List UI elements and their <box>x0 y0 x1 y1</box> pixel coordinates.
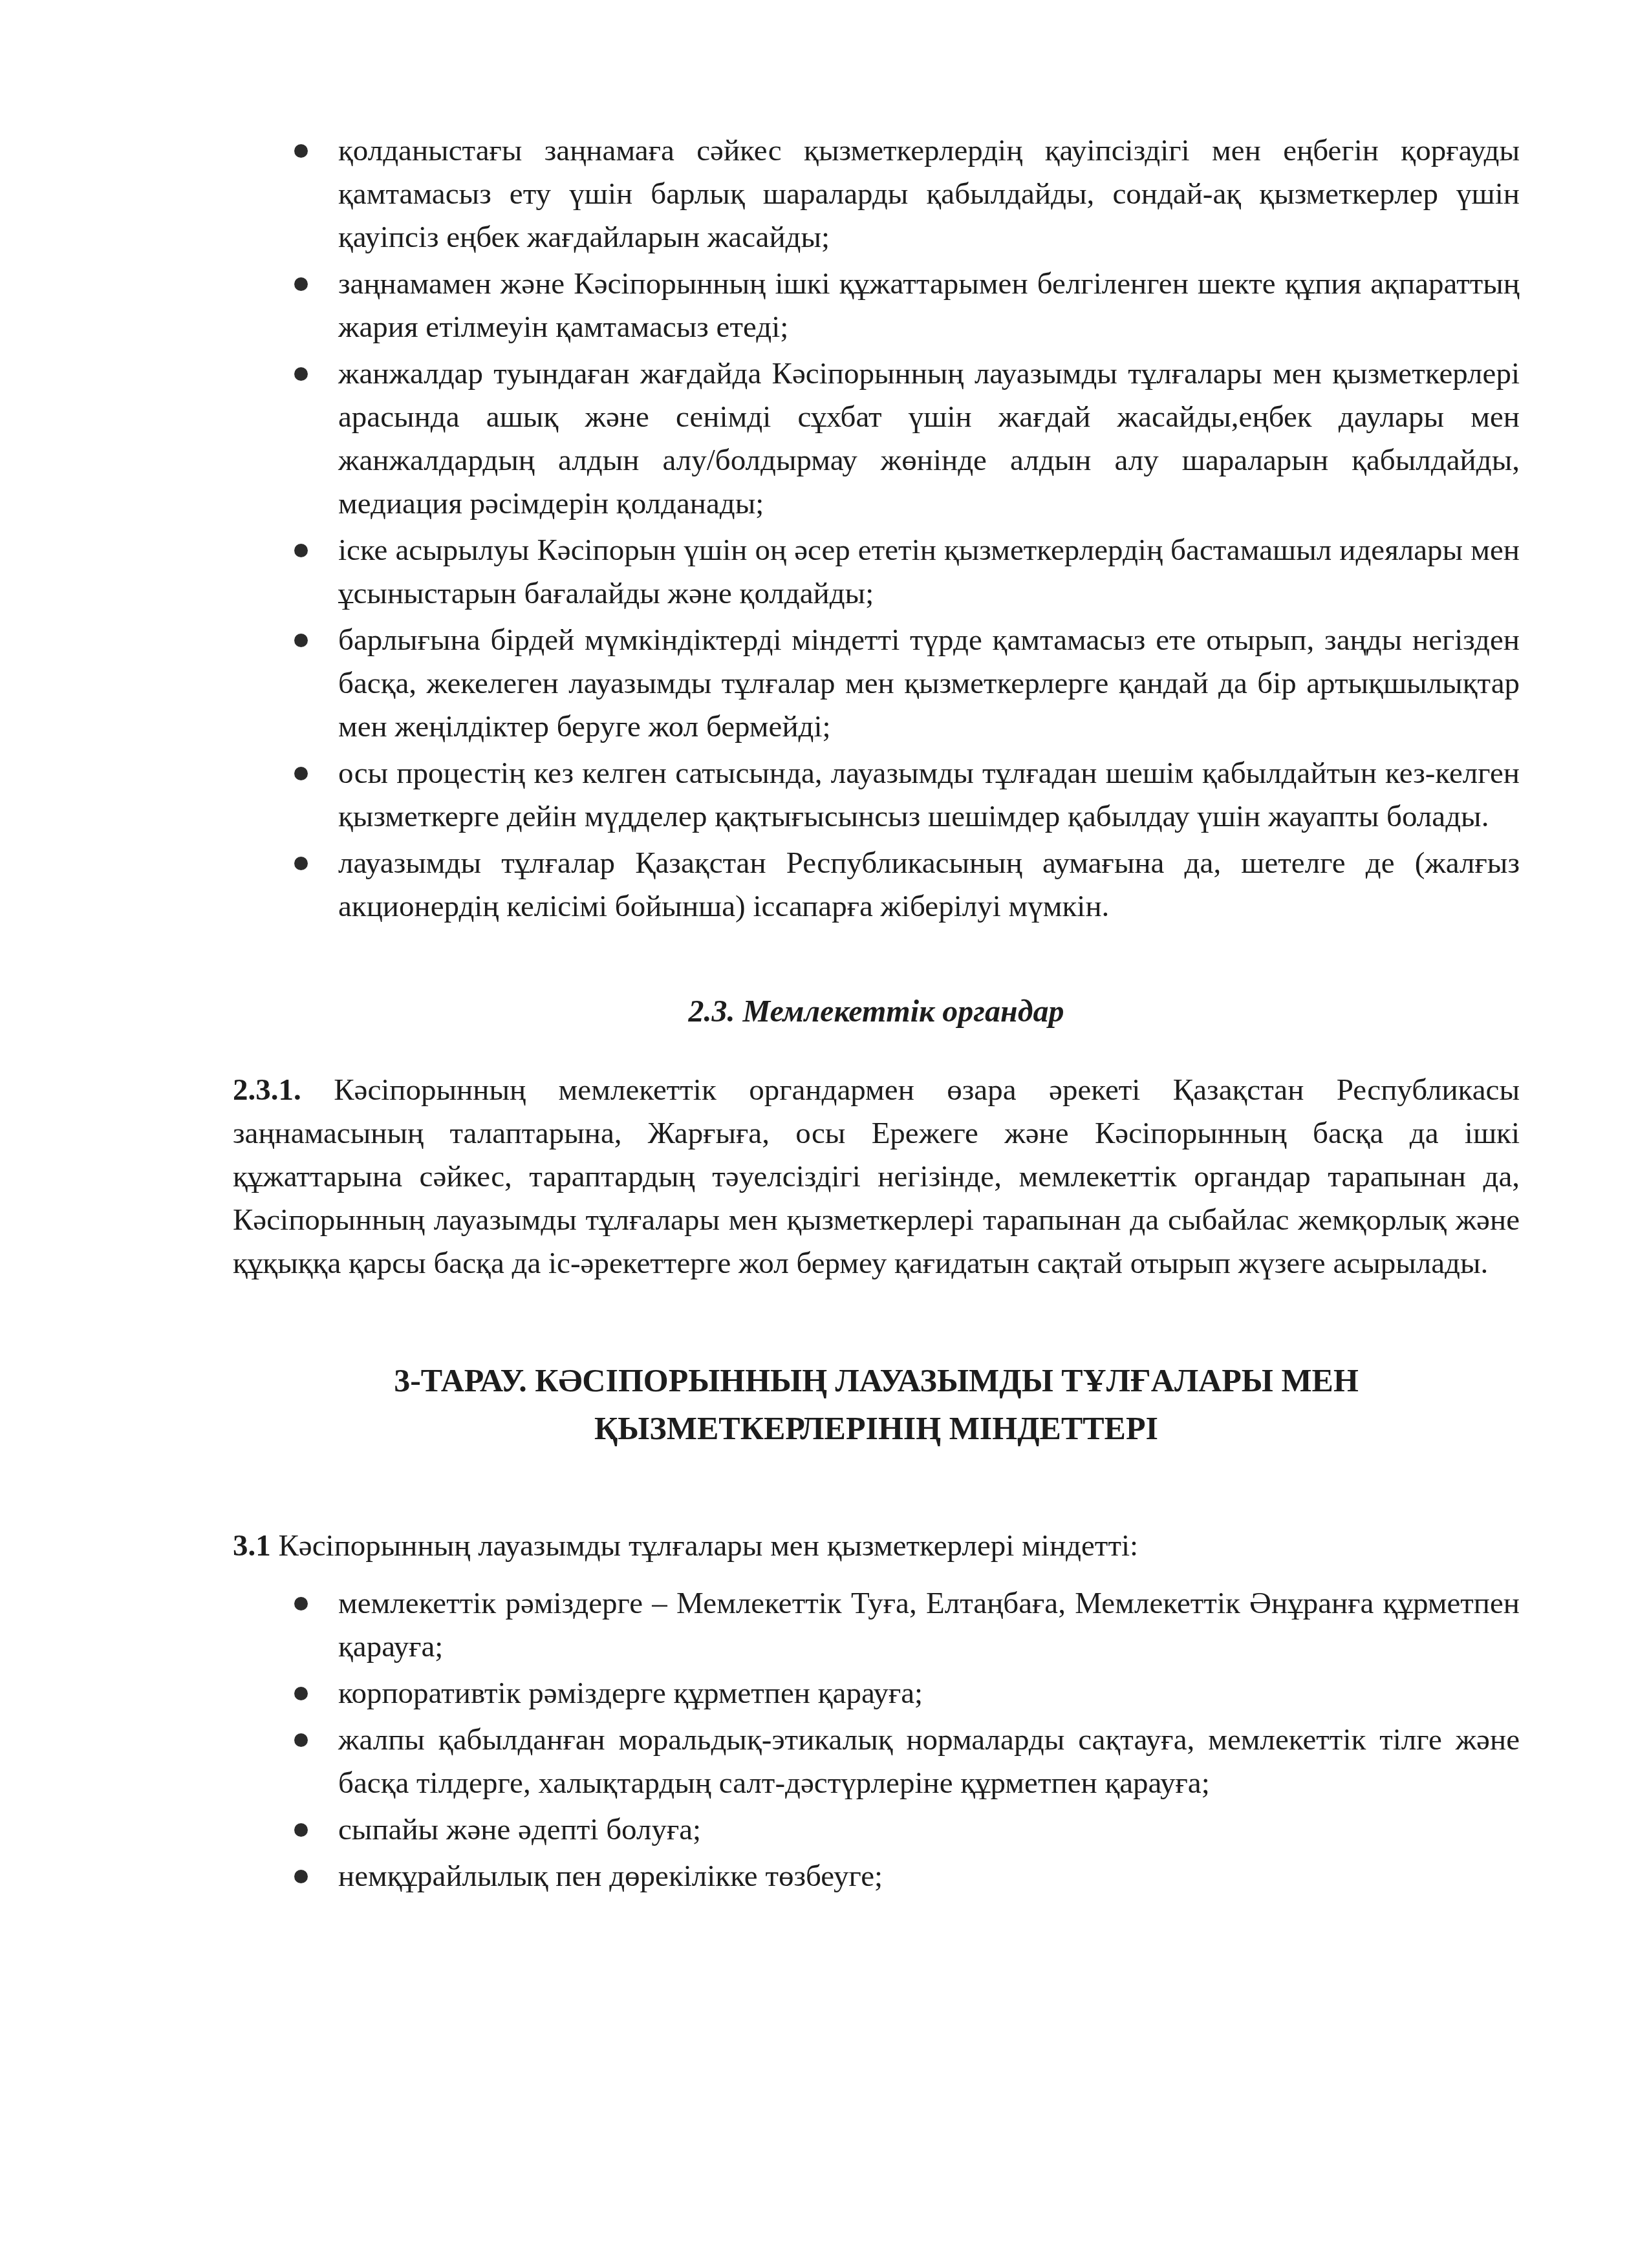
chapter-3-heading-line2: ҚЫЗМЕТКЕРЛЕРІНІҢ МІНДЕТТЕРІ <box>233 1404 1520 1452</box>
list-item-text: іске асырылуы Кәсіпорын үшін оң әсер ете… <box>338 533 1520 610</box>
clause-number: 2.3.1. <box>233 1073 301 1107</box>
list-item-text: немқұрайлылық пен дөрекілікке төзбеуге; <box>338 1859 883 1893</box>
clause-number: 3.1 <box>233 1529 271 1563</box>
bullet-icon <box>294 634 308 647</box>
list-item-text: жанжалдар туындаған жағдайда Кәсіпорынны… <box>338 357 1520 520</box>
list-item: іске асырылуы Кәсіпорын үшін оң әсер ете… <box>294 529 1520 615</box>
bullet-icon <box>294 1597 308 1610</box>
bullet-icon <box>294 767 308 780</box>
bullet-icon <box>294 367 308 381</box>
list-item-text: барлығына бірдей мүмкіндіктерді міндетті… <box>338 623 1520 744</box>
list-item: барлығына бірдей мүмкіндіктерді міндетті… <box>294 619 1520 749</box>
chapter-3-heading-line1: 3-ТАРАУ. КӘСІПОРЫННЫҢ ЛАУАЗЫМДЫ ТҰЛҒАЛАР… <box>233 1356 1520 1404</box>
list-item-text: лауазымды тұлғалар Қазақстан Республикас… <box>338 846 1520 923</box>
list-item-text: заңнамамен және Кәсіпорынның ішкі құжатт… <box>338 267 1520 344</box>
scanned-document-page: қолданыстағы заңнамаға сәйкес қызметкерл… <box>0 0 1649 2268</box>
section-2-3-heading: 2.3. Мемлекеттік органдар <box>233 990 1520 1033</box>
list-item-text: қолданыстағы заңнамаға сәйкес қызметкерл… <box>338 134 1520 254</box>
list-item-text: осы процестің кез келген сатысында, лауа… <box>338 756 1520 833</box>
list-item: қолданыстағы заңнамаға сәйкес қызметкерл… <box>294 129 1520 259</box>
list-item-text: сыпайы және әдепті болуға; <box>338 1813 701 1846</box>
duties-bullet-list-bottom: мемлекеттік рәміздерге – Мемлекеттік Туғ… <box>233 1582 1520 1898</box>
list-item: жалпы қабылданған моральдық-этикалық нор… <box>294 1718 1520 1805</box>
bullet-icon <box>294 1870 308 1883</box>
clause-text: Кәсіпорынның лауазымды тұлғалары мен қыз… <box>271 1529 1138 1563</box>
clause-text: Кәсіпорынның мемлекеттік органдармен өза… <box>233 1073 1520 1280</box>
bullet-icon <box>294 857 308 870</box>
list-item: жанжалдар туындаған жағдайда Кәсіпорынны… <box>294 352 1520 526</box>
bullet-icon <box>294 277 308 291</box>
list-item-text: жалпы қабылданған моральдық-этикалық нор… <box>338 1723 1520 1800</box>
paragraph-2-3-1: 2.3.1. Кәсіпорынның мемлекеттік органдар… <box>233 1069 1520 1285</box>
duties-bullet-list-top: қолданыстағы заңнамаға сәйкес қызметкерл… <box>233 129 1520 928</box>
bullet-icon <box>294 544 308 557</box>
bullet-icon <box>294 1733 308 1747</box>
list-item-text: мемлекеттік рәміздерге – Мемлекеттік Туғ… <box>338 1587 1520 1664</box>
list-item: лауазымды тұлғалар Қазақстан Республикас… <box>294 842 1520 928</box>
list-item: корпоративтік рәміздерге құрметпен қарау… <box>294 1672 1520 1715</box>
list-item: осы процестің кез келген сатысында, лауа… <box>294 752 1520 839</box>
list-item: мемлекеттік рәміздерге – Мемлекеттік Туғ… <box>294 1582 1520 1669</box>
bullet-icon <box>294 1823 308 1837</box>
list-item: немқұрайлылық пен дөрекілікке төзбеуге; <box>294 1855 1520 1898</box>
paragraph-3-1: 3.1 Кәсіпорынның лауазымды тұлғалары мен… <box>233 1524 1520 1568</box>
bullet-icon <box>294 144 308 158</box>
list-item-text: корпоративтік рәміздерге құрметпен қарау… <box>338 1676 923 1710</box>
bullet-icon <box>294 1687 308 1700</box>
list-item: заңнамамен және Кәсіпорынның ішкі құжатт… <box>294 262 1520 349</box>
list-item: сыпайы және әдепті болуға; <box>294 1808 1520 1852</box>
chapter-3-heading: 3-ТАРАУ. КӘСІПОРЫННЫҢ ЛАУАЗЫМДЫ ТҰЛҒАЛАР… <box>233 1356 1520 1452</box>
